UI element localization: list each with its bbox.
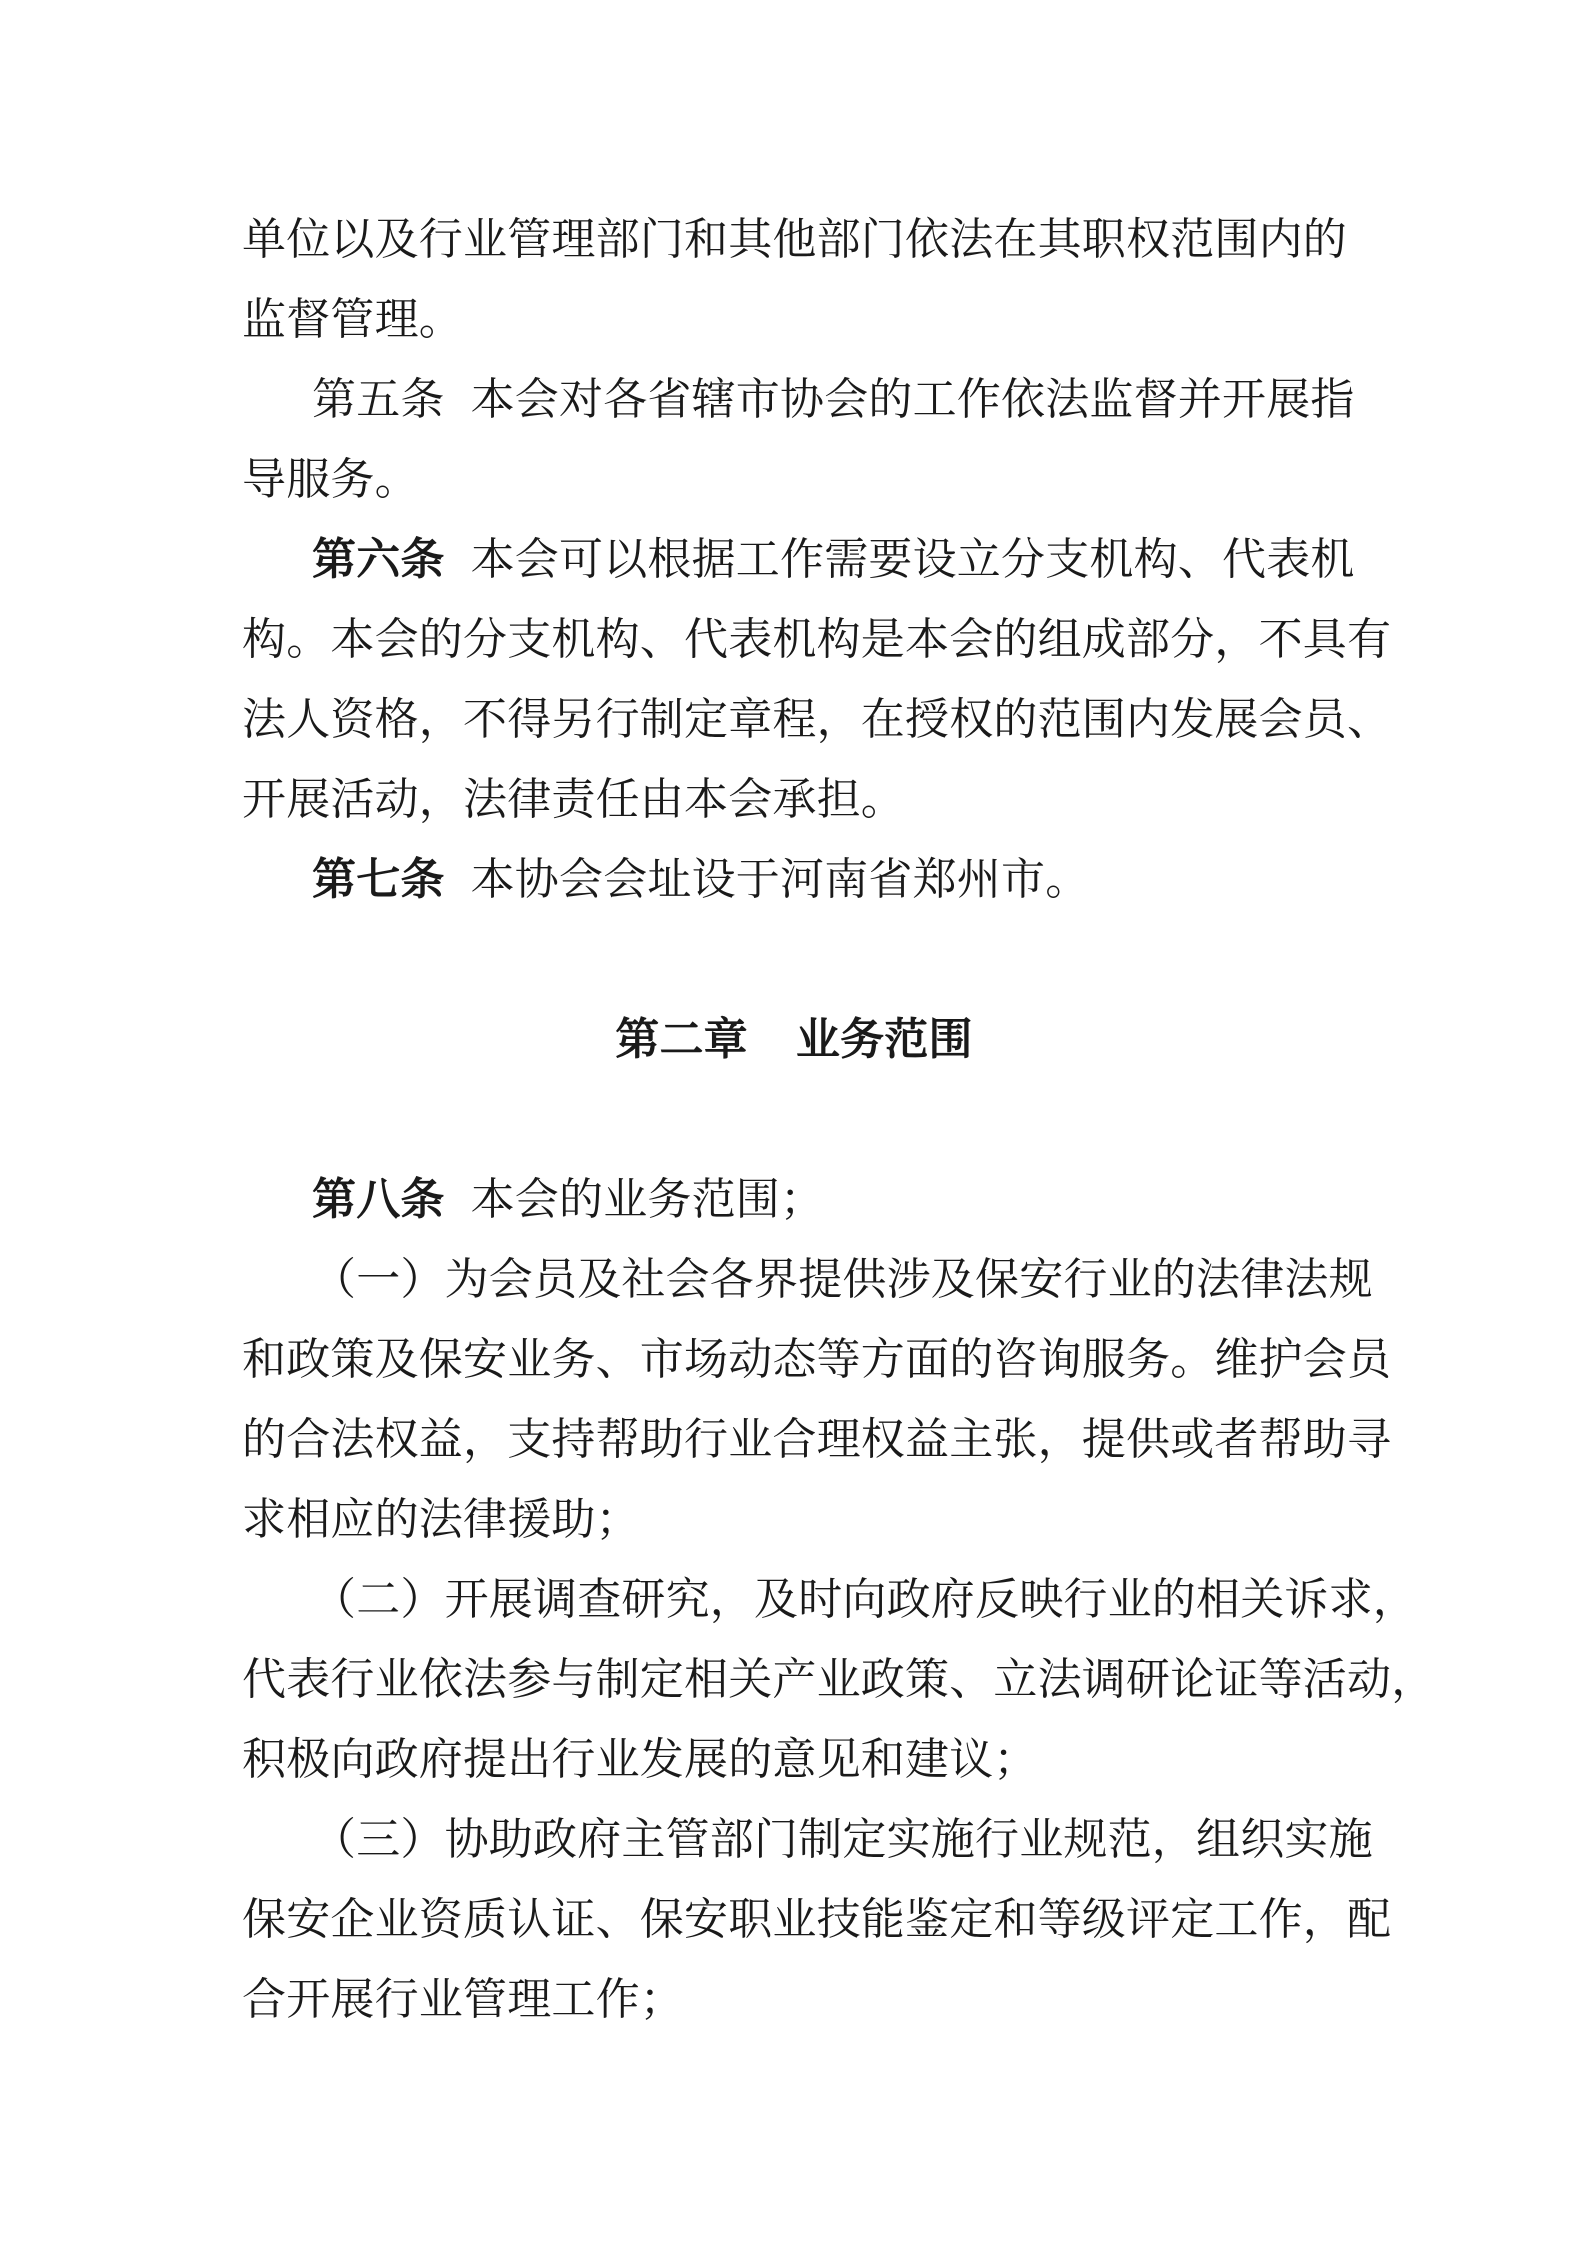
line-text: 业务范围 [796, 1015, 973, 1064]
line-text: 本会对各省辖市协会的工作依法监督并开展指 [471, 375, 1355, 424]
line-text: 和政策及保安业务、市场动态等方面的咨询服务。维护会员 [242, 1335, 1391, 1384]
text-line: 第七条本协会会址设于河南省郑州市。 [242, 840, 1346, 920]
article-label: 第二章 [615, 1015, 748, 1064]
line-text: （二）开展调查研究，及时向政府反映行业的相关诉求， [312, 1575, 1417, 1624]
blank-line [242, 920, 1346, 1000]
text-line: 法人资格，不得另行制定章程，在授权的范围内发展会员、 [242, 680, 1346, 760]
line-text: 本协会会址设于河南省郑州市。 [471, 855, 1090, 904]
text-line: 第五条本会对各省辖市协会的工作依法监督并开展指 [242, 360, 1346, 440]
line-text: 监督管理。 [242, 295, 463, 344]
line-text: 法人资格，不得另行制定章程，在授权的范围内发展会员、 [242, 695, 1391, 744]
text-line: （二）开展调查研究，及时向政府反映行业的相关诉求， [242, 1560, 1346, 1640]
line-text: 开展活动，法律责任由本会承担。 [242, 775, 905, 824]
text-line: 合开展行业管理工作； [242, 1960, 1346, 2040]
text-line: 求相应的法律援助； [242, 1480, 1346, 1560]
line-text: 本会可以根据工作需要设立分支机构、代表机 [471, 535, 1355, 584]
line-text: 合开展行业管理工作； [242, 1975, 684, 2024]
line-text: （三）协助政府主管部门制定实施行业规范，组织实施 [312, 1815, 1373, 1864]
document-page: 单位以及行业管理部门和其他部门依法在其职权范围内的监督管理。第五条本会对各省辖市… [0, 0, 1587, 2245]
line-text: 求相应的法律援助； [242, 1495, 640, 1544]
line-text: 的合法权益，支持帮助行业合理权益主张，提供或者帮助寻 [242, 1415, 1391, 1464]
text-line: （一）为会员及社会各界提供涉及保安行业的法律法规 [242, 1240, 1346, 1320]
document-body: 单位以及行业管理部门和其他部门依法在其职权范围内的监督管理。第五条本会对各省辖市… [242, 200, 1346, 2040]
text-line: 监督管理。 [242, 280, 1346, 360]
article-label: 第七条 [312, 855, 445, 904]
line-text: 单位以及行业管理部门和其他部门依法在其职权范围内的 [242, 215, 1347, 264]
text-line: （三）协助政府主管部门制定实施行业规范，组织实施 [242, 1800, 1346, 1880]
line-text: 代表行业依法参与制定相关产业政策、立法调研论证等活动， [242, 1655, 1435, 1704]
line-text: 构。本会的分支机构、代表机构是本会的组成部分，不具有 [242, 615, 1391, 664]
text-line: 代表行业依法参与制定相关产业政策、立法调研论证等活动， [242, 1640, 1346, 1720]
line-text: 保安企业资质认证、保安职业技能鉴定和等级评定工作，配 [242, 1895, 1391, 1944]
text-line: 开展活动，法律责任由本会承担。 [242, 760, 1346, 840]
blank-line [242, 1080, 1346, 1160]
article-label: 第六条 [312, 535, 445, 584]
line-text: 导服务。 [242, 455, 419, 504]
article-label: 第八条 [312, 1175, 445, 1224]
text-line: 积极向政府提出行业发展的意见和建议； [242, 1720, 1346, 1800]
line-text: 积极向政府提出行业发展的意见和建议； [242, 1735, 1038, 1784]
text-line: 第六条本会可以根据工作需要设立分支机构、代表机 [242, 520, 1346, 600]
line-text: （一）为会员及社会各界提供涉及保安行业的法律法规 [312, 1255, 1373, 1304]
line-text: 本会的业务范围； [471, 1175, 825, 1224]
text-line: 的合法权益，支持帮助行业合理权益主张，提供或者帮助寻 [242, 1400, 1346, 1480]
text-line: 第八条本会的业务范围； [242, 1160, 1346, 1240]
text-line: 单位以及行业管理部门和其他部门依法在其职权范围内的 [242, 200, 1346, 280]
text-line: 构。本会的分支机构、代表机构是本会的组成部分，不具有 [242, 600, 1346, 680]
chapter-heading: 第二章业务范围 [242, 1000, 1346, 1080]
text-line: 保安企业资质认证、保安职业技能鉴定和等级评定工作，配 [242, 1880, 1346, 1960]
text-line: 导服务。 [242, 440, 1346, 520]
article-label: 第五条 [312, 375, 445, 424]
text-line: 和政策及保安业务、市场动态等方面的咨询服务。维护会员 [242, 1320, 1346, 1400]
